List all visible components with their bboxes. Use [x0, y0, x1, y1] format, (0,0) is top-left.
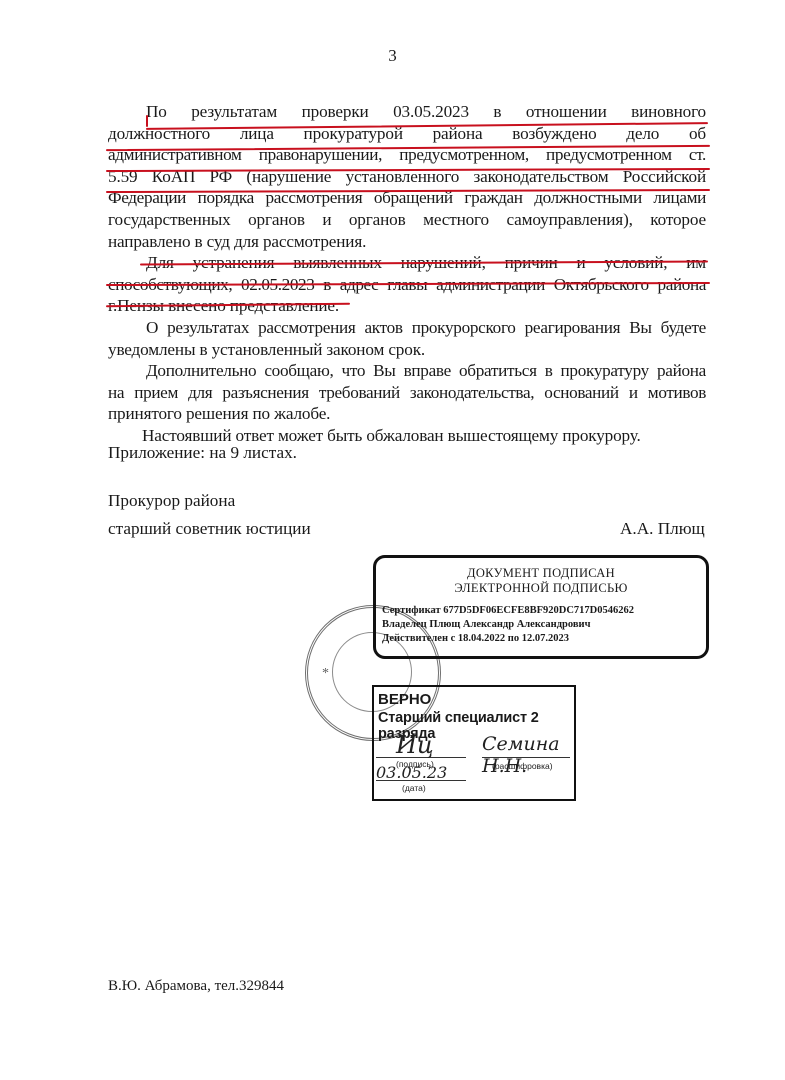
- stamp-title-line: ЭЛЕКТРОННОЙ ПОДПИСЬЮ: [376, 581, 706, 596]
- text-line: По результатам проверки 03.05.2023 в отн…: [146, 102, 706, 121]
- text-line: Дополнительно сообщаю, что Вы вправе обр…: [146, 361, 706, 380]
- e-signature-stamp: ДОКУМЕНТ ПОДПИСАН ЭЛЕКТРОННОЙ ПОДПИСЬЮ С…: [373, 555, 709, 659]
- paragraph-appeal-info: Дополнительно сообщаю, что Вы вправе обр…: [108, 360, 706, 382]
- text-line: на прием для разъяснения требований зако…: [108, 383, 706, 402]
- text-line-wrap: принятого решения по жалобе.: [108, 403, 706, 425]
- star-icon: *: [322, 666, 329, 682]
- letter-body: По результатам проверки 03.05.2023 в отн…: [108, 101, 706, 447]
- text-line: уведомлены в установленный законом срок.: [108, 340, 425, 359]
- text-line: О результатах рассмотрения актов прокуро…: [146, 318, 706, 337]
- stamp-title-line: ДОКУМЕНТ ПОДПИСАН: [376, 566, 706, 581]
- text-line-wrap: на прием для разъяснения требований зако…: [108, 382, 706, 404]
- text-line: принятого решения по жалобе.: [108, 404, 330, 423]
- text-line-wrap: уведомлены в установленный законом срок.: [108, 339, 706, 361]
- attachment-note: Приложение: на 9 листах.: [108, 443, 297, 463]
- text-line-wrap: государственных органов и органов местно…: [108, 209, 706, 231]
- signatory-name: А.А. Плющ: [620, 519, 705, 539]
- highlight-underline: [146, 115, 148, 127]
- executor-contact: В.Ю. Абрамова, тел.329844: [108, 978, 284, 995]
- certificate-number: Сертификат 677D5DF06ECFE8BF920DC717D0546…: [382, 604, 706, 618]
- certificate-owner: Владелец Плющ Александр Александрович: [382, 618, 706, 632]
- paragraph-court-case: По результатам проверки 03.05.2023 в отн…: [108, 101, 706, 123]
- verification-title: ВЕРНО: [378, 691, 574, 708]
- signatory-rank: старший советник юстиции: [108, 519, 311, 539]
- text-line-wrap: направлено в суд для рассмотрения.: [108, 231, 706, 253]
- certificate-validity: Действителен с 18.04.2022 по 12.07.2023: [382, 632, 706, 646]
- page-number: 3: [0, 46, 785, 66]
- e-signature-title: ДОКУМЕНТ ПОДПИСАН ЭЛЕКТРОННОЙ ПОДПИСЬЮ: [376, 566, 706, 596]
- verification-stamp: ВЕРНО Старший специалист 2 разряда Иц Се…: [372, 685, 576, 801]
- decryption-caption: (расшифровка): [492, 761, 553, 771]
- signatory-position: Прокурор района: [108, 491, 235, 511]
- handwritten-signature: Иц: [396, 731, 434, 759]
- paragraph-notification: О результатах рассмотрения актов прокуро…: [108, 317, 706, 339]
- date-line: [376, 780, 466, 781]
- text-line: направлено в суд для рассмотрения.: [108, 232, 366, 251]
- date-caption: (дата): [402, 783, 426, 793]
- text-line: государственных органов и органов местно…: [108, 210, 706, 229]
